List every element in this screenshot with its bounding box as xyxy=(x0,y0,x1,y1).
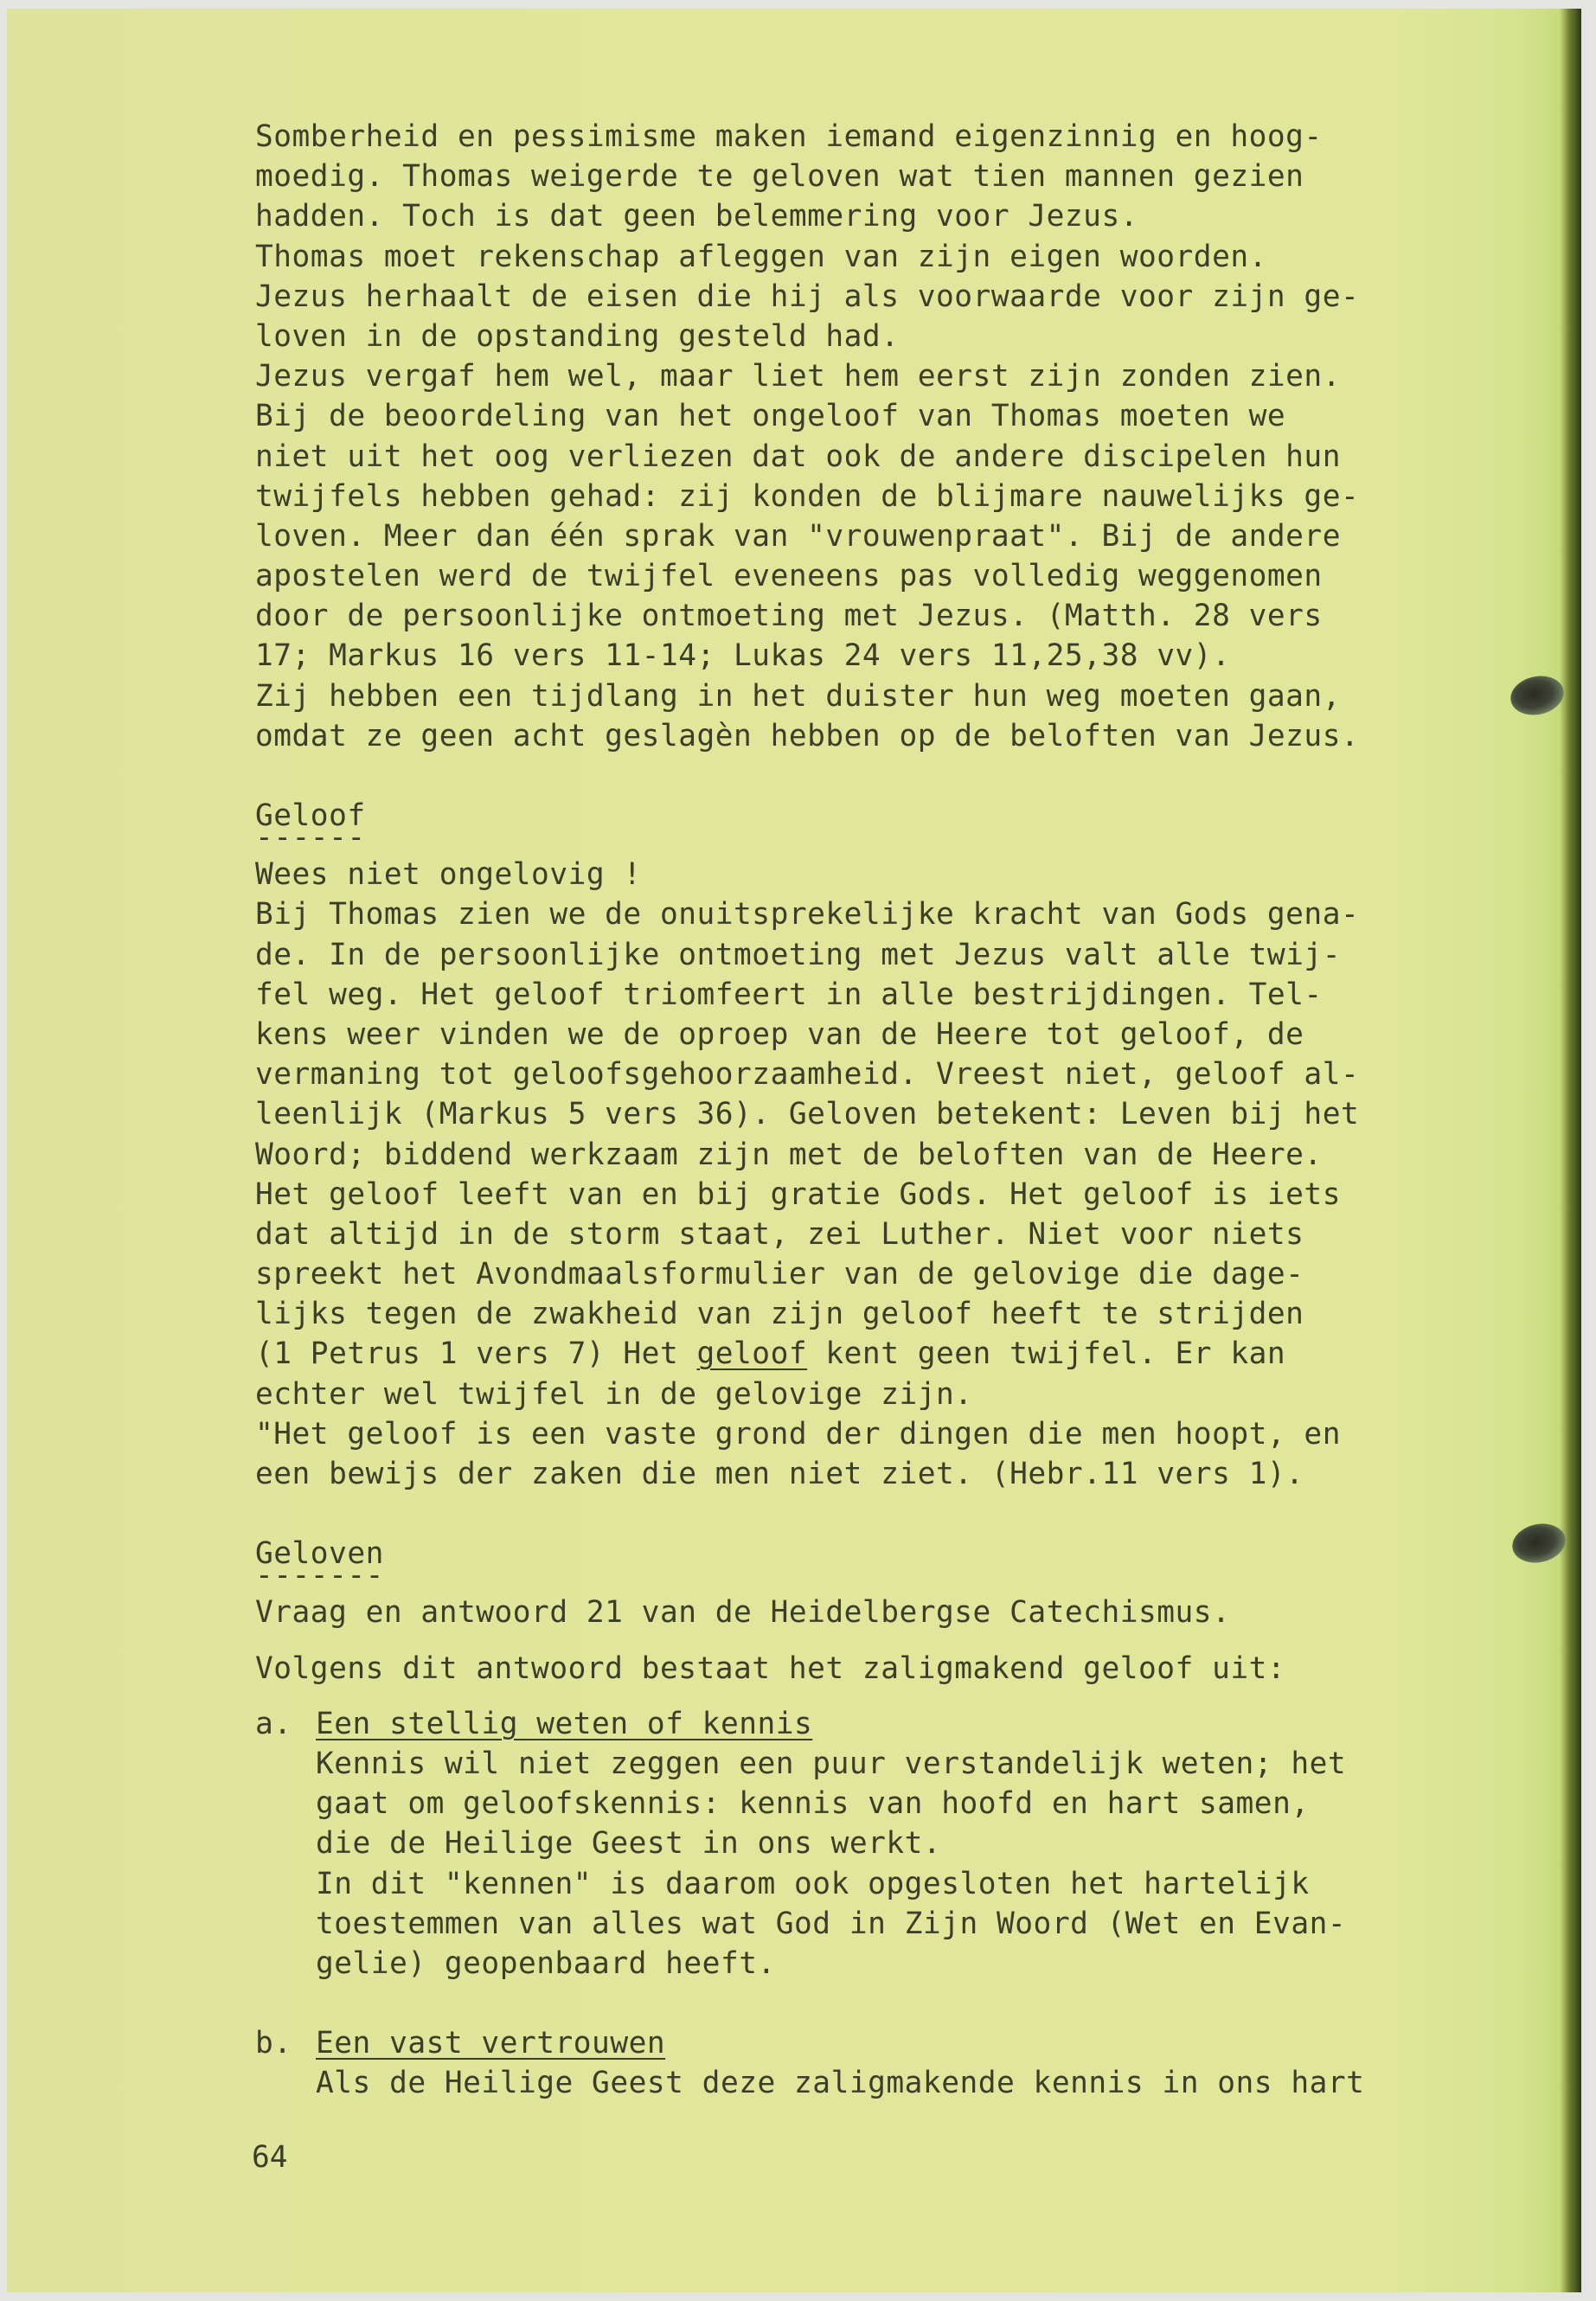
text-line: niet uit het oog verliezen dat ook de an… xyxy=(255,437,1484,477)
spacer xyxy=(255,1689,1484,1704)
text-line: de. In de persoonlijke ontmoeting met Je… xyxy=(255,935,1484,975)
text-line: Zij hebben een tijdlang in het duister h… xyxy=(255,676,1484,716)
text-line: leenlijk (Markus 5 vers 36). Geloven bet… xyxy=(255,1094,1484,1134)
text-line: omdat ze geen acht geslagèn hebben op de… xyxy=(255,716,1484,756)
text-line: fel weg. Het geloof triomfeert in alle b… xyxy=(255,975,1484,1015)
list-marker: b. xyxy=(255,2023,316,2103)
binder-hole-icon xyxy=(1509,1519,1569,1567)
page-number: 64 xyxy=(252,2140,288,2175)
text-line: Somberheid en pessimisme maken iemand ei… xyxy=(255,117,1484,157)
text-line-with-emphasis: (1 Petrus 1 vers 7) Het geloof kent geen… xyxy=(255,1334,1484,1374)
text-line: Bij Thomas zien we de onuitsprekelijke k… xyxy=(255,894,1484,934)
list-item-title: Een stellig weten of kennis xyxy=(316,1707,812,1741)
text-line: gelie) geopenbaard heeft. xyxy=(316,1944,1484,1984)
text-line: dat altijd in de storm staat, zei Luther… xyxy=(255,1215,1484,1254)
text-line: In dit "kennen" is daarom ook opgesloten… xyxy=(316,1864,1484,1904)
text-line: loven. Meer dan één sprak van "vrouwenpr… xyxy=(255,516,1484,556)
text-line: echter wel twijfel in de gelovige zijn. xyxy=(255,1375,1484,1414)
text-line: Woord; biddend werkzaam zijn met de belo… xyxy=(255,1135,1484,1175)
list-marker: a. xyxy=(255,1704,316,1984)
list-item: b. Een vast vertrouwen Als de Heilige Ge… xyxy=(255,2023,1484,2103)
list-item-title: Een vast vertrouwen xyxy=(316,2026,665,2061)
text-line: door de persoonlijke ontmoeting met Jezu… xyxy=(255,596,1484,636)
text-line: Bij de beoordeling van het ongeloof van … xyxy=(255,396,1484,436)
text-line: Jezus vergaf hem wel, maar liet hem eers… xyxy=(255,356,1484,396)
text-line: Jezus herhaalt de eisen die hij als voor… xyxy=(255,277,1484,317)
text-span: kent geen twijfel. Er kan xyxy=(807,1336,1285,1371)
text-line: loven in de opstanding gesteld had. xyxy=(255,317,1484,356)
scan-frame: Somberheid en pessimisme maken iemand ei… xyxy=(0,0,1596,2301)
spacer xyxy=(255,756,1484,796)
underlined-word: geloof xyxy=(697,1336,808,1371)
text-line: Volgens dit antwoord bestaat het zaligma… xyxy=(255,1649,1484,1689)
page-content: Somberheid en pessimisme maken iemand ei… xyxy=(255,117,1484,2103)
text-line: hadden. Toch is dat geen belemmering voo… xyxy=(255,196,1484,236)
section-geloof: Geloof ------ Wees niet ongelovig ! Bij … xyxy=(255,796,1484,1494)
text-line: vermaning tot geloofsgehoorzaamheid. Vre… xyxy=(255,1054,1484,1094)
text-line: Wees niet ongelovig ! xyxy=(255,855,1484,894)
list-item-body: Een stellig weten of kennis Kennis wil n… xyxy=(316,1704,1484,1984)
intro-paragraph: Somberheid en pessimisme maken iemand ei… xyxy=(255,117,1484,756)
section-heading: Geloof xyxy=(255,796,1484,836)
heading-underline-dashes: ------- xyxy=(255,1570,1484,1593)
text-line: Thomas moet rekenschap afleggen van zijn… xyxy=(255,237,1484,277)
text-line: "Het geloof is een vaste grond der dinge… xyxy=(255,1414,1484,1454)
text-line: gaat om geloofskennis: kennis van hoofd … xyxy=(316,1784,1484,1823)
text-line: die de Heilige Geest in ons werkt. xyxy=(316,1823,1484,1863)
spacer xyxy=(255,1494,1484,1534)
binder-hole-icon xyxy=(1507,671,1567,720)
text-line: twijfels hebben gehad: zij konden de bli… xyxy=(255,477,1484,516)
spacer xyxy=(255,1984,1484,2023)
text-line: apostelen werd de twijfel eveneens pas v… xyxy=(255,556,1484,596)
text-line: toestemmen van alles wat God in Zijn Woo… xyxy=(316,1904,1484,1944)
text-line: Kennis wil niet zeggen een puur verstand… xyxy=(316,1744,1484,1784)
text-line: Als de Heilige Geest deze zaligmakende k… xyxy=(316,2063,1484,2103)
list-item: a. Een stellig weten of kennis Kennis wi… xyxy=(255,1704,1484,1984)
text-line: een bewijs der zaken die men niet ziet. … xyxy=(255,1454,1484,1494)
text-line: moedig. Thomas weigerde te geloven wat t… xyxy=(255,157,1484,196)
text-span: (1 Petrus 1 vers 7) Het xyxy=(255,1336,697,1371)
text-line: kens weer vinden we de oproep van de Hee… xyxy=(255,1015,1484,1054)
text-line: spreekt het Avondmaalsformulier van de g… xyxy=(255,1254,1484,1294)
text-line: lijks tegen de zwakheid van zijn geloof … xyxy=(255,1294,1484,1334)
section-geloven: Geloven ------- Vraag en antwoord 21 van… xyxy=(255,1534,1484,2103)
heading-underline-dashes: ------ xyxy=(255,832,1484,855)
spacer xyxy=(255,1633,1484,1649)
text-line: Het geloof leeft van en bij gratie Gods.… xyxy=(255,1175,1484,1215)
text-line: Vraag en antwoord 21 van de Heidelbergse… xyxy=(255,1593,1484,1632)
text-line: 17; Markus 16 vers 11-14; Lukas 24 vers … xyxy=(255,636,1484,676)
section-heading: Geloven xyxy=(255,1534,1484,1574)
list-item-body: Een vast vertrouwen Als de Heilige Geest… xyxy=(316,2023,1484,2103)
